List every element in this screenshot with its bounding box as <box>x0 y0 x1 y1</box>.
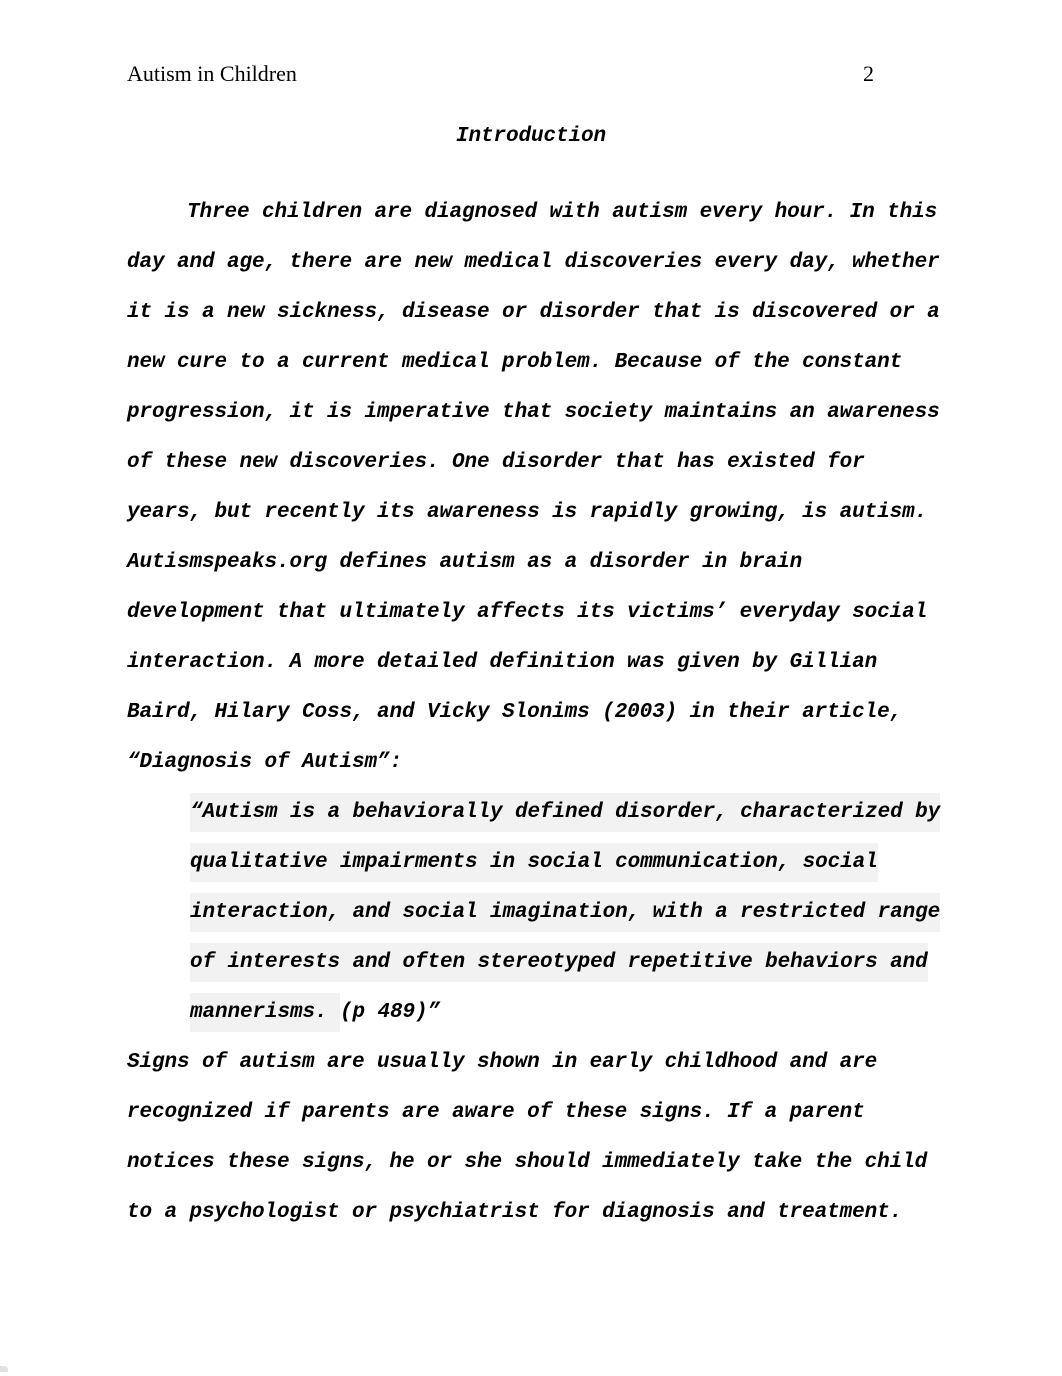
scan-artifact <box>0 1366 8 1372</box>
text-line: Signs of autism are usually shown in ear… <box>127 1038 955 1088</box>
text-line: interaction. A more detailed definition … <box>127 638 955 688</box>
text-line: new cure to a current medical problem. B… <box>127 338 955 388</box>
quote-line: qualitative impairments in social commun… <box>127 838 955 888</box>
quote-line: interaction, and social imagination, wit… <box>127 888 955 938</box>
text-line: Baird, Hilary Coss, and Vicky Slonims (2… <box>127 688 955 738</box>
running-header-title: Autism in Children <box>127 60 297 88</box>
highlighted-text: interaction, and social imagination, wit… <box>190 893 940 932</box>
text-line: it is a new sickness, disease or disorde… <box>127 288 955 338</box>
quote-line: mannerisms. (p 489)” <box>127 988 955 1038</box>
text-line: years, but recently its awareness is rap… <box>127 488 955 538</box>
paragraph-signs: Signs of autism are usually shown in ear… <box>127 1038 955 1238</box>
quote-citation: (p 489)” <box>340 1001 440 1024</box>
highlighted-text: qualitative impairments in social commun… <box>190 843 878 882</box>
text-line: notices these signs, he or she should im… <box>127 1138 955 1188</box>
paragraph-intro: Three children are diagnosed with autism… <box>127 188 955 788</box>
block-quote: “Autism is a behaviorally defined disord… <box>127 788 955 1038</box>
text-line: Autismspeaks.org defines autism as a dis… <box>127 538 955 588</box>
text-line: Three children are diagnosed with autism… <box>127 188 955 238</box>
text-line: recognized if parents are aware of these… <box>127 1088 955 1138</box>
highlighted-text: “Autism is a behaviorally defined disord… <box>190 793 940 832</box>
section-title: Introduction <box>0 112 1062 162</box>
running-header: Autism in Children 2 <box>0 60 1062 90</box>
highlighted-text: mannerisms. <box>190 993 340 1032</box>
quote-line: of interests and often stereotyped repet… <box>127 938 955 988</box>
text-line: to a psychologist or psychiatrist for di… <box>127 1188 955 1238</box>
text-line: day and age, there are new medical disco… <box>127 238 955 288</box>
text-line: “Diagnosis of Autism”: <box>127 738 955 788</box>
page-number: 2 <box>863 60 874 88</box>
highlighted-text: of interests and often stereotyped repet… <box>190 943 928 982</box>
text-line: development that ultimately affects its … <box>127 588 955 638</box>
document-body: Three children are diagnosed with autism… <box>127 188 955 1238</box>
document-page: Autism in Children 2 Introduction Three … <box>0 0 1062 1376</box>
text-line: progression, it is imperative that socie… <box>127 388 955 438</box>
text-line: of these new discoveries. One disorder t… <box>127 438 955 488</box>
quote-line: “Autism is a behaviorally defined disord… <box>127 788 955 838</box>
